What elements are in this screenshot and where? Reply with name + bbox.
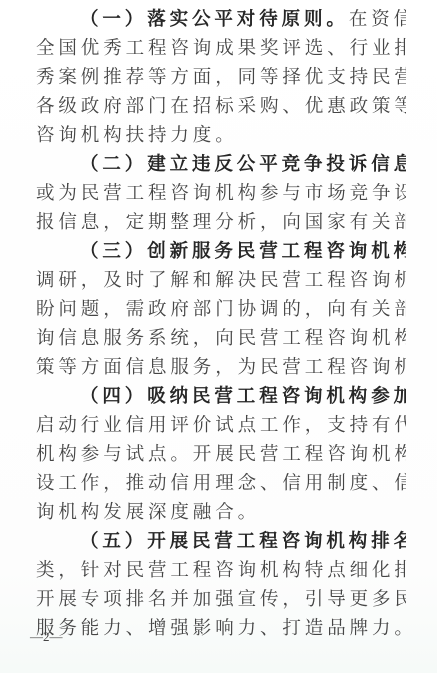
- paragraph-line: 设工作，推动信用理念、信用制度、信用手段与民营工程咨: [36, 469, 406, 498]
- paragraph-line: 调研，及时了解和解决民营工程咨询机构意见诉求和急难愁: [36, 266, 406, 295]
- section-heading: （二）建立违反公平竞争投诉信息平台。: [80, 154, 406, 175]
- body-text: 类，针对民营工程咨询机构特点细化排名评价内容和标准，: [36, 560, 406, 581]
- body-text: 机构参与试点。开展民营工程咨询机构会员单位信用档案建: [36, 444, 406, 465]
- document-page: （一）落实公平对待原则。在资信评价、品牌机构培育、 全国优秀工程咨询成果奖评选、…: [0, 0, 437, 673]
- paragraph-line: 报信息，定期整理分析，向国家有关部门报送。: [36, 208, 406, 237]
- paragraph-line: 机构参与试点。开展民营工程咨询机构会员单位信用档案建: [36, 440, 406, 469]
- paragraph-line: （五）开展民营工程咨询机构排名。进一步做好排名分: [36, 527, 406, 556]
- paragraph-line: 策等方面信息服务，为民营工程咨询机构办实事。: [36, 353, 406, 382]
- paragraph-line: 盼问题，需政府部门协调的，向有关部门报告。开发工程咨: [36, 295, 406, 324]
- body-text: 各级政府部门在招标采购、优惠政策等方面加大对民营工程: [36, 96, 406, 117]
- body-text: 设工作，推动信用理念、信用制度、信用手段与民营工程咨: [36, 473, 406, 494]
- paragraph-line: 询信息服务系统，向民营工程咨询机构提供市场、专家、政: [36, 324, 406, 353]
- body-text: 在资信评价、品牌机构培育、: [349, 9, 406, 30]
- body-text: 盼问题，需政府部门协调的，向有关部门报告。开发工程咨: [36, 299, 406, 320]
- body-text: 全国优秀工程咨询成果奖评选、行业排名以及优秀企业、优: [36, 38, 406, 59]
- paragraph-line: 开展专项排名并加强宣传，引导更多民营工程咨询机构提升: [36, 585, 406, 614]
- body-text: 启动行业信用评价试点工作，支持有代表性的民营工程咨询: [36, 415, 406, 436]
- paragraph-line: （一）落实公平对待原则。在资信评价、品牌机构培育、: [36, 5, 406, 34]
- body-text: 询机构发展深度融合。: [36, 502, 260, 523]
- body-text: 调研，及时了解和解决民营工程咨询机构意见诉求和急难愁: [36, 270, 406, 291]
- paragraph-line: 类，针对民营工程咨询机构特点细化排名评价内容和标准，: [36, 556, 406, 585]
- paragraph-line: 各级政府部门在招标采购、优惠政策等方面加大对民营工程: [36, 92, 406, 121]
- body-text: 咨询机构扶持力度。: [36, 125, 238, 146]
- paragraph-line: 或为民营工程咨询机构参与市场竞争设置“隐形壁垒”的举: [36, 179, 406, 208]
- section-heading: （三）创新服务民营工程咨询机构模式。: [80, 241, 406, 262]
- body-text: 询信息服务系统，向民营工程咨询机构提供市场、专家、政: [36, 328, 406, 349]
- paragraph-line: （三）创新服务民营工程咨询机构模式。开展“下沉式”: [36, 237, 406, 266]
- page-number: —2—: [30, 629, 63, 645]
- section-2: （二）建立违反公平竞争投诉信息平台。接收公开歧视 或为民营工程咨询机构参与市场竞…: [36, 150, 406, 237]
- section-3: （三）创新服务民营工程咨询机构模式。开展“下沉式” 调研，及时了解和解决民营工程…: [36, 237, 406, 382]
- body-text: 报信息，定期整理分析，向国家有关部门报送。: [36, 212, 406, 233]
- section-heading: （四）吸纳民营工程咨询机构参加信用评价试点工作。: [80, 386, 406, 407]
- body-text: 开展专项排名并加强宣传，引导更多民营工程咨询机构提升: [36, 589, 406, 610]
- paragraph-line: 启动行业信用评价试点工作，支持有代表性的民营工程咨询: [36, 411, 406, 440]
- paragraph-line: 咨询机构扶持力度。: [36, 121, 406, 150]
- paragraph-line: （二）建立违反公平竞争投诉信息平台。接收公开歧视: [36, 150, 406, 179]
- body-text: 策等方面信息服务，为民营工程咨询机构办实事。: [36, 357, 406, 378]
- paragraph-line: 全国优秀工程咨询成果奖评选、行业排名以及优秀企业、优: [36, 34, 406, 63]
- section-heading: （一）落实公平对待原则。: [80, 9, 349, 30]
- body-text: 服务能力、增强影响力、打造品牌力。: [36, 618, 406, 639]
- section-4: （四）吸纳民营工程咨询机构参加信用评价试点工作。 启动行业信用评价试点工作，支持…: [36, 382, 406, 527]
- document-body: （一）落实公平对待原则。在资信评价、品牌机构培育、 全国优秀工程咨询成果奖评选、…: [36, 5, 406, 643]
- paragraph-line: 服务能力、增强影响力、打造品牌力。: [36, 614, 406, 643]
- section-5: （五）开展民营工程咨询机构排名。进一步做好排名分 类，针对民营工程咨询机构特点细…: [36, 527, 406, 643]
- paragraph-line: 询机构发展深度融合。: [36, 498, 406, 527]
- body-text: 秀案例推荐等方面，同等择优支持民营工程咨询机构。推动: [36, 67, 406, 88]
- body-text: 或为民营工程咨询机构参与市场竞争设置“隐形壁垒”的举: [36, 183, 406, 204]
- paragraph-line: （四）吸纳民营工程咨询机构参加信用评价试点工作。: [36, 382, 406, 411]
- section-heading: （五）开展民营工程咨询机构排名。: [80, 531, 406, 552]
- paragraph-line: 秀案例推荐等方面，同等择优支持民营工程咨询机构。推动: [36, 63, 406, 92]
- section-1: （一）落实公平对待原则。在资信评价、品牌机构培育、 全国优秀工程咨询成果奖评选、…: [36, 5, 406, 150]
